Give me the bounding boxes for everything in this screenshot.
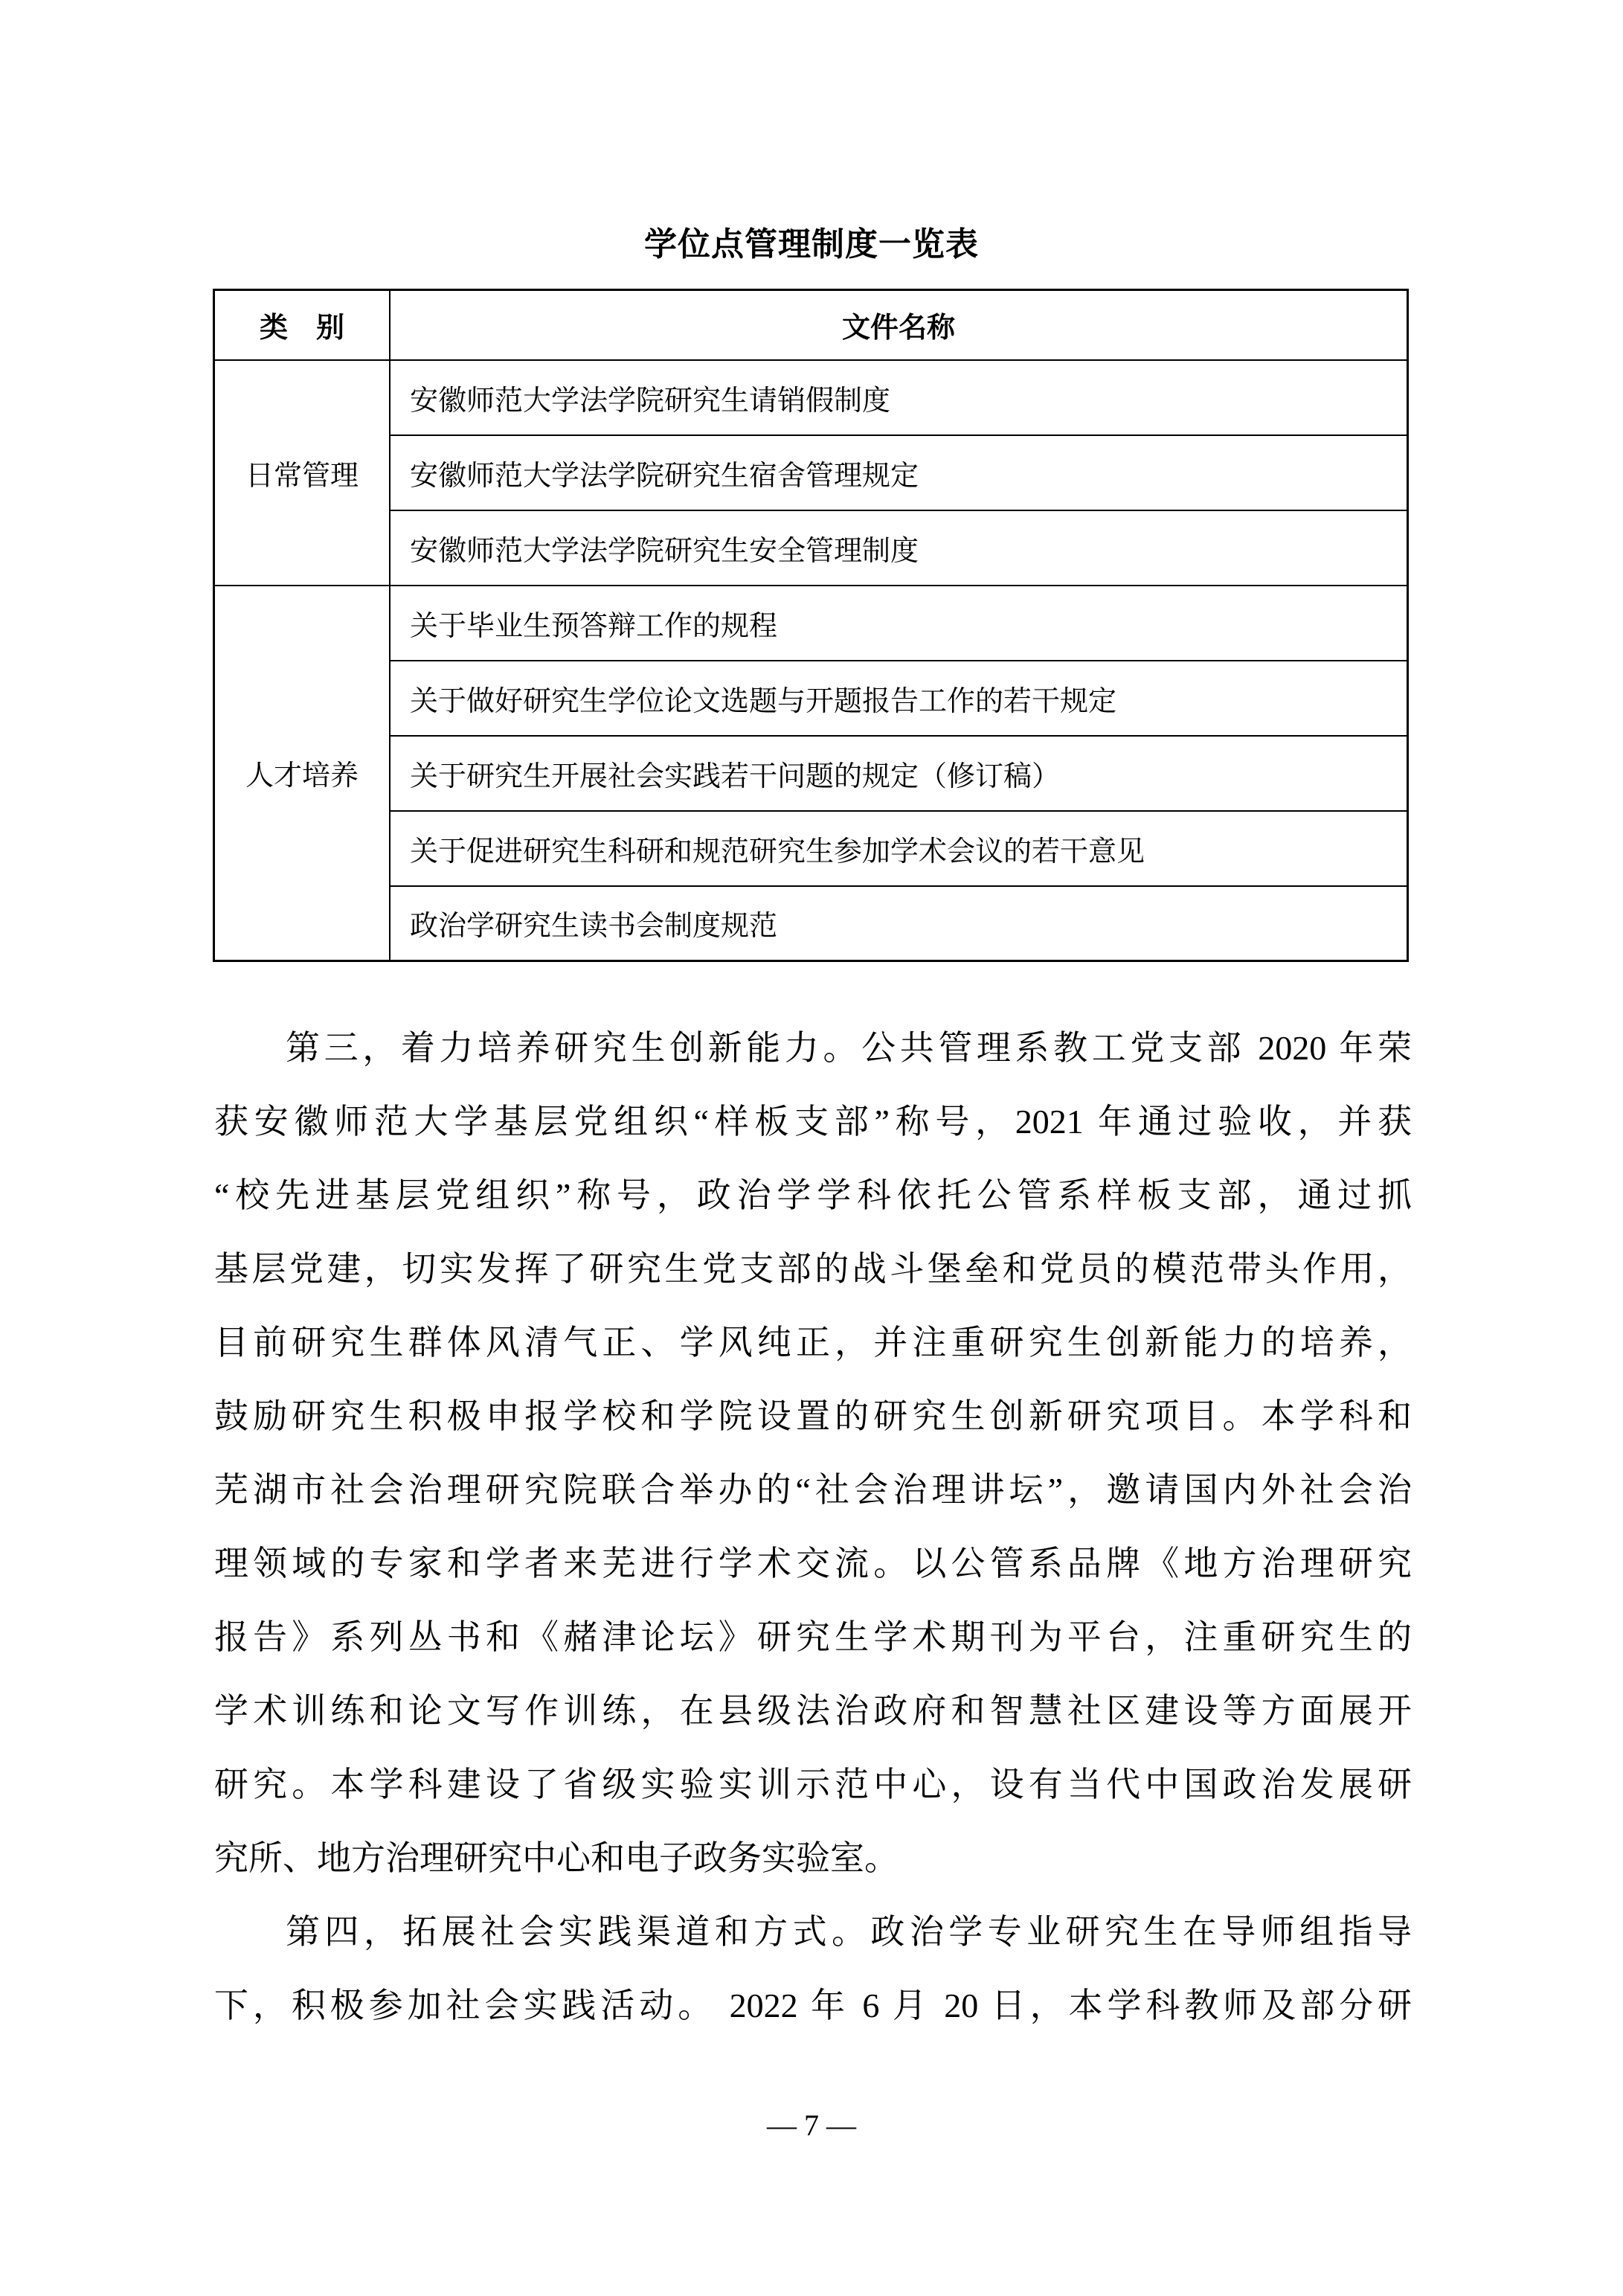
paragraph-line: 第三，着力培养研究生创新能力。公共管理系教工党支部 2020 年荣 — [214, 1011, 1412, 1085]
paragraph-line: 基层党建，切实发挥了研究生党支部的战斗堡垒和党员的模范带头作用， — [214, 1232, 1412, 1306]
paragraph-line: 鼓励研究生积极申报学校和学院设置的研究生创新研究项目。本学科和 — [214, 1379, 1412, 1453]
file-cell: 安徽师范大学法学院研究生请销假制度 — [390, 360, 1408, 435]
table-row: 关于促进研究生科研和规范研究生参加学术会议的若干意见 — [214, 811, 1408, 886]
paragraph-line: 目前研究生群体风清气正、学风纯正，并注重研究生创新能力的培养， — [214, 1306, 1412, 1379]
document-title: 学位点管理制度一览表 — [0, 217, 1623, 265]
paragraph: 第四，拓展社会实践渠道和方式。政治学专业研究生在导师组指导下，积极参加社会实践活… — [214, 1895, 1412, 2042]
paragraph-line: 第四，拓展社会实践渠道和方式。政治学专业研究生在导师组指导 — [214, 1895, 1412, 1969]
paragraph-line: 下，积极参加社会实践活动。 2022 年 6 月 20 日，本学科教师及部分研 — [214, 1969, 1412, 2042]
table-header-filename: 文件名称 — [390, 290, 1408, 360]
file-cell: 关于毕业生预答辩工作的规程 — [390, 586, 1408, 661]
file-cell: 安徽师范大学法学院研究生宿舍管理规定 — [390, 435, 1408, 510]
paragraph-line: 获安徽师范大学基层党组织“样板支部”称号，2021 年通过验收，并获 — [214, 1085, 1412, 1158]
table-header-category: 类 别 — [214, 290, 391, 360]
paragraph-line: 报告》系列丛书和《赭津论坛》研究生学术期刊为平台，注重研究生的 — [214, 1600, 1412, 1674]
paragraph: 第三，着力培养研究生创新能力。公共管理系教工党支部 2020 年荣获安徽师范大学… — [214, 1011, 1412, 1895]
paragraph-line: 究所、地方治理研究中心和电子政务实验室。 — [214, 1821, 1412, 1895]
table-header-row: 类 别 文件名称 — [214, 290, 1408, 360]
table-row: 安徽师范大学法学院研究生安全管理制度 — [214, 510, 1408, 586]
document-page: 学位点管理制度一览表 类 别 文件名称 日常管理安徽师范大学法学院研究生请销假制… — [0, 0, 1623, 2296]
file-cell: 政治学研究生读书会制度规范 — [390, 886, 1408, 961]
paragraph-line: 学术训练和论文写作训练，在县级法治政府和智慧社区建设等方面展开 — [214, 1674, 1412, 1748]
table-row: 政治学研究生读书会制度规范 — [214, 886, 1408, 961]
table-row: 日常管理安徽师范大学法学院研究生请销假制度 — [214, 360, 1408, 435]
table-row: 人才培养关于毕业生预答辩工作的规程 — [214, 586, 1408, 661]
page-number: — 7 — — [0, 2108, 1623, 2143]
management-table-body: 日常管理安徽师范大学法学院研究生请销假制度安徽师范大学法学院研究生宿舍管理规定安… — [214, 360, 1408, 961]
table-row: 关于做好研究生学位论文选题与开题报告工作的若干规定 — [214, 661, 1408, 736]
paragraph-line: 芜湖市社会治理研究院联合举办的“社会治理讲坛”，邀请国内外社会治 — [214, 1453, 1412, 1527]
paragraphs: 第三，着力培养研究生创新能力。公共管理系教工党支部 2020 年荣获安徽师范大学… — [214, 1011, 1412, 2042]
paragraph-line: “校先进基层党组织”称号，政治学学科依托公管系样板支部，通过抓 — [214, 1158, 1412, 1232]
table-row: 安徽师范大学法学院研究生宿舍管理规定 — [214, 435, 1408, 510]
file-cell: 关于促进研究生科研和规范研究生参加学术会议的若干意见 — [390, 811, 1408, 886]
category-cell: 日常管理 — [214, 360, 391, 586]
file-cell: 关于研究生开展社会实践若干问题的规定（修订稿） — [390, 736, 1408, 811]
paragraph-line: 理领域的专家和学者来芜进行学术交流。以公管系品牌《地方治理研究 — [214, 1527, 1412, 1600]
paragraph-line: 研究。本学科建设了省级实验实训示范中心，设有当代中国政治发展研 — [214, 1748, 1412, 1821]
table-row: 关于研究生开展社会实践若干问题的规定（修订稿） — [214, 736, 1408, 811]
category-cell: 人才培养 — [214, 586, 391, 961]
management-table: 类 别 文件名称 日常管理安徽师范大学法学院研究生请销假制度安徽师范大学法学院研… — [213, 289, 1409, 962]
file-cell: 安徽师范大学法学院研究生安全管理制度 — [390, 510, 1408, 586]
file-cell: 关于做好研究生学位论文选题与开题报告工作的若干规定 — [390, 661, 1408, 736]
